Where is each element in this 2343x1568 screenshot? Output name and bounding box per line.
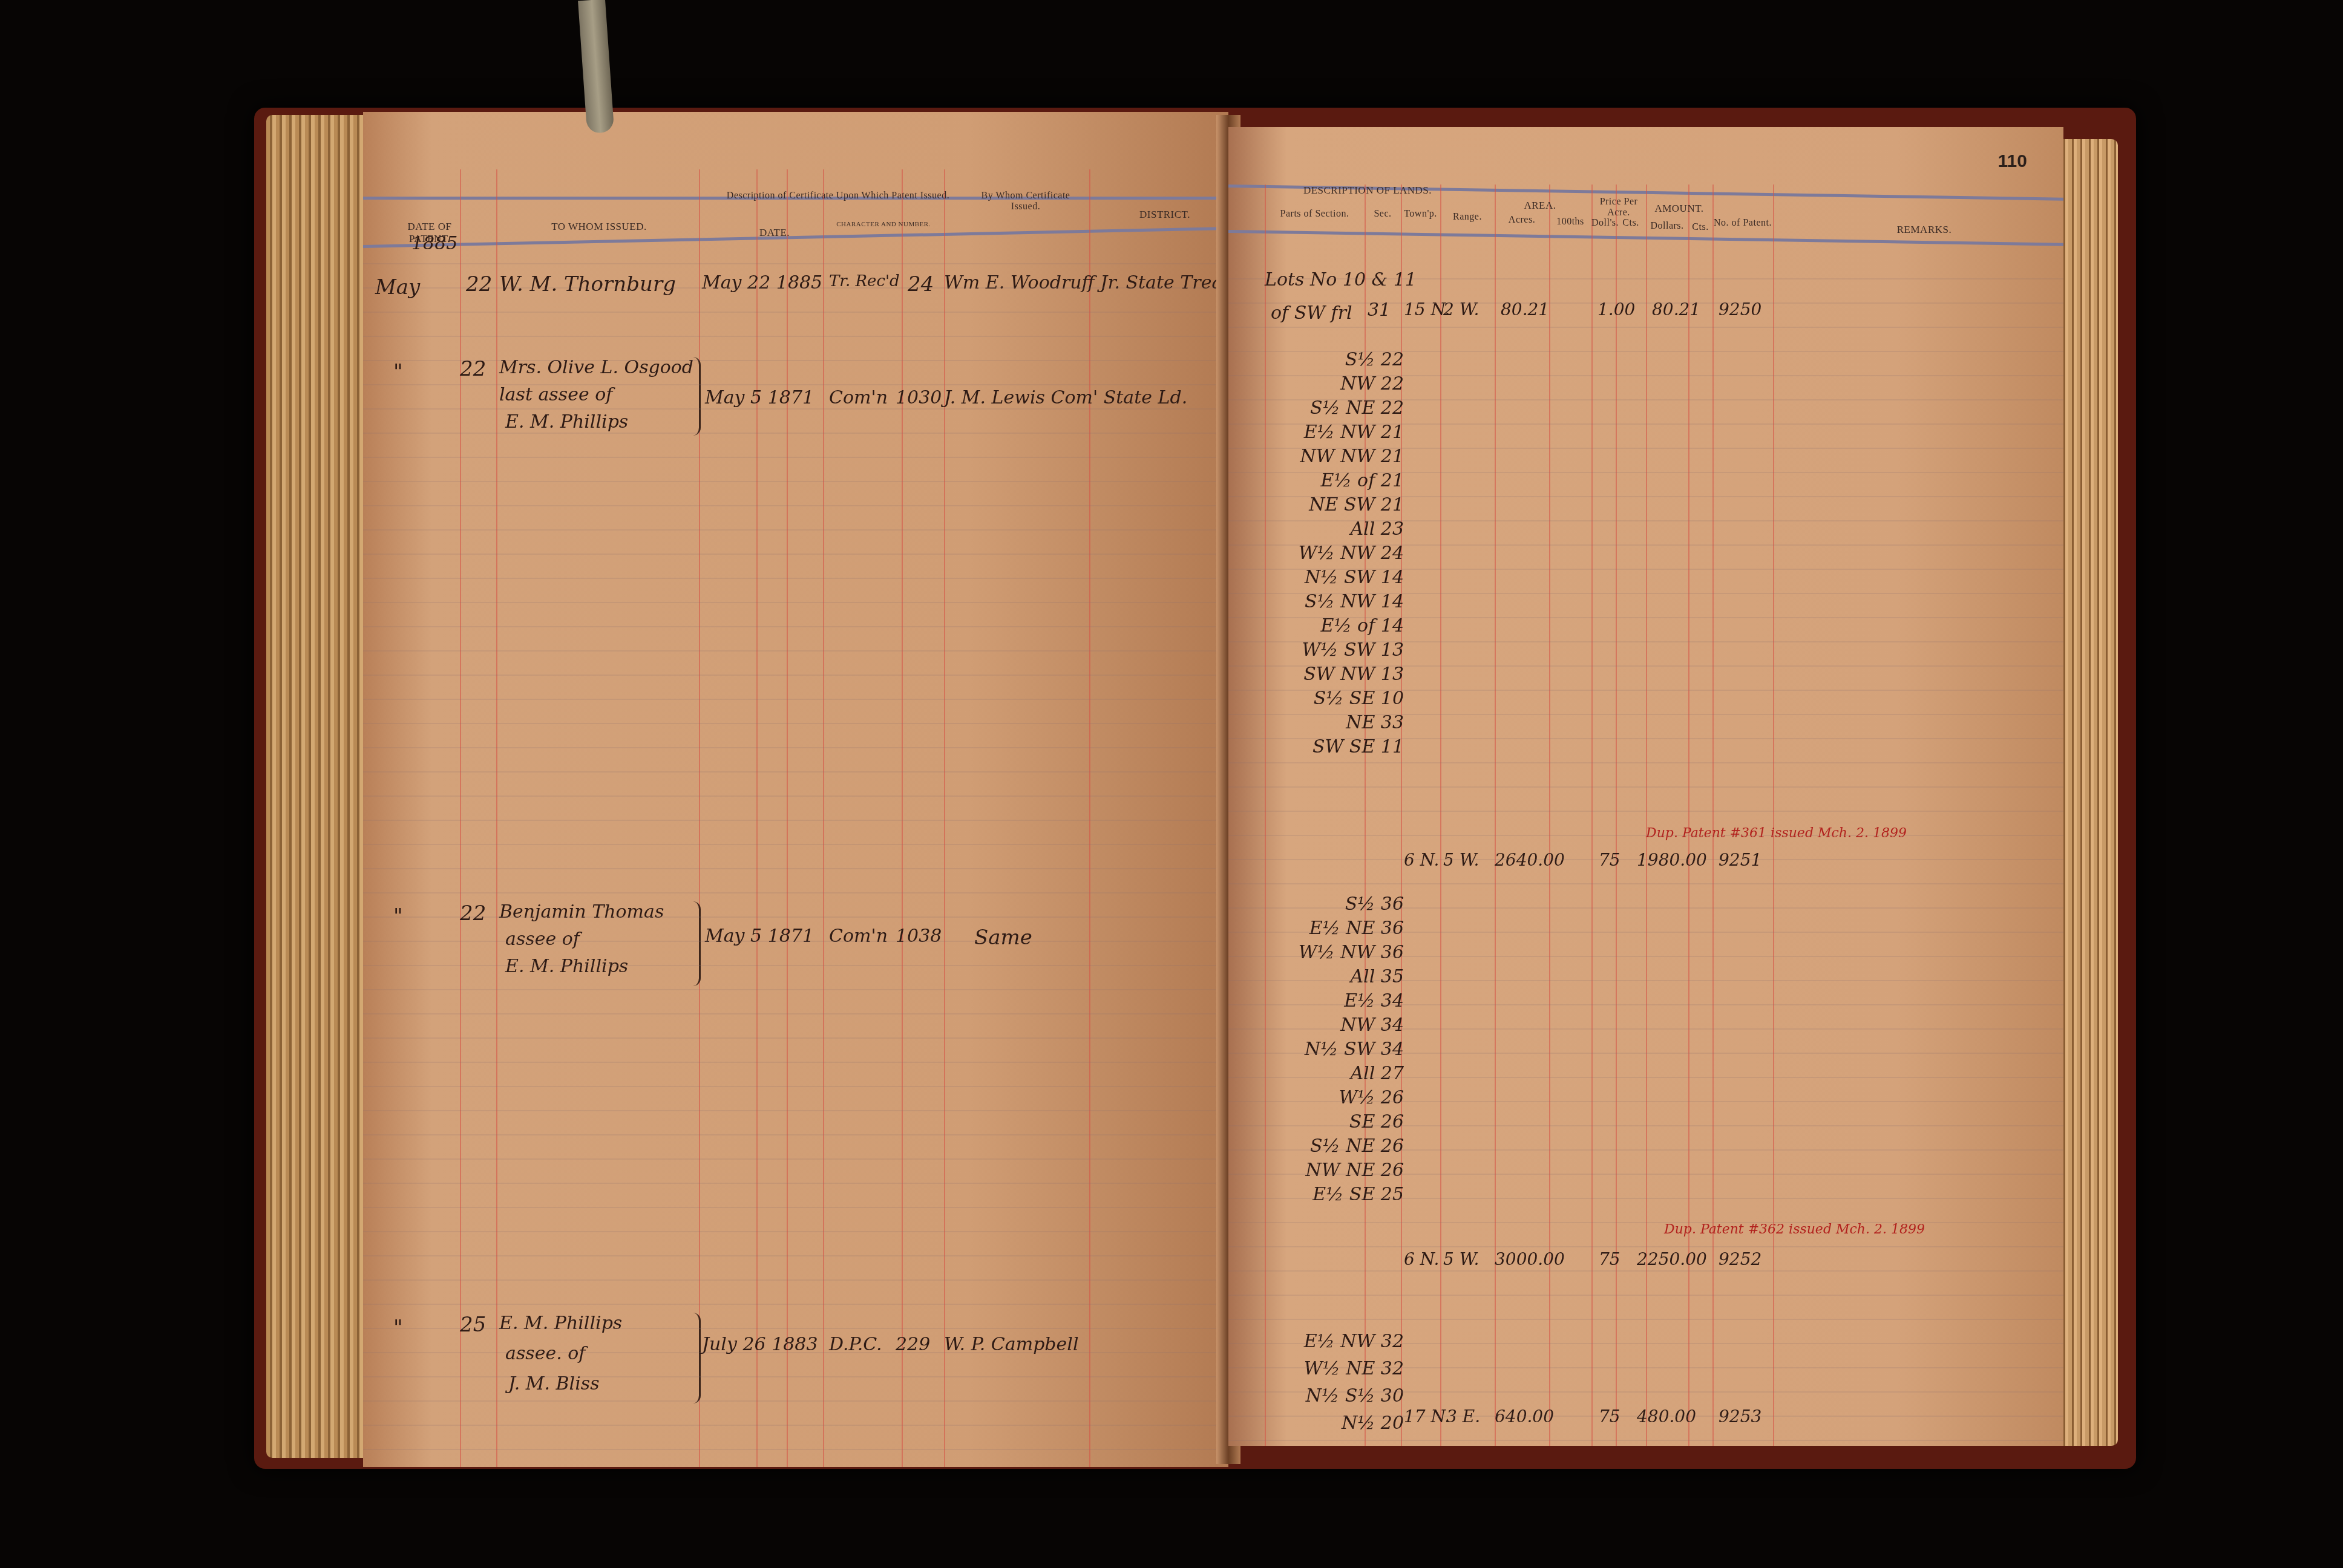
ruling-line xyxy=(363,263,1228,264)
header-certificate-description: Description of Certificate Upon Which Pa… xyxy=(726,191,950,201)
ruling-line xyxy=(1228,1004,2063,1005)
ruling-line xyxy=(363,795,1228,797)
ruling-line xyxy=(363,602,1228,603)
ruling-line xyxy=(363,287,1228,289)
land-part: W½ NW 36 xyxy=(1265,941,1404,965)
land-part: N½ 20 xyxy=(1265,1410,1404,1437)
ruling-line xyxy=(1228,1391,2063,1393)
ruling-line xyxy=(363,650,1228,652)
entry-cert-date: May 5 1871 xyxy=(705,926,814,947)
ruling-line xyxy=(1228,811,2063,812)
ruling-line xyxy=(1228,786,2063,788)
ruling-line xyxy=(1228,472,2063,473)
ruling-line xyxy=(363,505,1228,506)
land-part: NW 34 xyxy=(1265,1013,1404,1037)
ruling-line xyxy=(1228,302,2063,304)
ruling-line xyxy=(363,1449,1228,1450)
ruling-line xyxy=(1228,1053,2063,1054)
entry-cert-char: Com'n xyxy=(829,387,888,408)
ruling-line xyxy=(1228,1101,2063,1102)
ruling-line xyxy=(363,1304,1228,1305)
ruling-line xyxy=(1228,859,2063,860)
entry-cert-num: 1030 xyxy=(896,387,942,408)
ruling-line xyxy=(1228,1174,2063,1175)
ruling-line xyxy=(1228,1125,2063,1126)
ruling-line xyxy=(363,1110,1228,1111)
ruling-line xyxy=(363,360,1228,361)
header-cert-char-num: CHARACTER AND NUMBER. xyxy=(823,221,944,228)
entry-issued-to-line2: last assee of xyxy=(499,384,612,405)
ruling-line xyxy=(1228,351,2063,352)
land-township: 6 N. xyxy=(1404,1249,1439,1269)
header-no-of-patent: No. of Patent. xyxy=(1712,218,1773,229)
ruling-line xyxy=(363,1328,1228,1329)
ruling-line xyxy=(363,1376,1228,1377)
land-part: W½ 26 xyxy=(1265,1086,1404,1110)
ruling-line xyxy=(1228,375,2063,376)
ruling-line xyxy=(363,457,1228,458)
ruling-line xyxy=(363,1183,1228,1184)
ruling-line xyxy=(1228,593,2063,594)
header-price-per-acre: Price Per Acre. xyxy=(1591,197,1646,218)
ruling-line xyxy=(363,1134,1228,1135)
header-cts: Cts. xyxy=(1616,218,1646,229)
land-part: E½ 34 xyxy=(1265,989,1404,1013)
ruling-line xyxy=(1228,496,2063,497)
land-list: S½ 36 E½ NE 36 W½ NW 36 All 35 E½ 34 NW … xyxy=(1265,892,1404,1207)
ruling-line xyxy=(363,433,1228,434)
ruling-line xyxy=(1228,835,2063,836)
ruling-line xyxy=(1228,1198,2063,1199)
ruling-line xyxy=(363,1207,1228,1208)
ruling-line xyxy=(1228,1270,2063,1272)
entry-day: 22 xyxy=(466,272,492,296)
ruling-line xyxy=(363,844,1228,845)
ruling-line xyxy=(363,892,1228,893)
ruling-line xyxy=(363,1013,1228,1014)
ruling-line xyxy=(1228,1416,2063,1417)
ruling-line xyxy=(1228,1149,2063,1151)
ruling-line xyxy=(1228,1295,2063,1296)
header-cert-date: DATE. xyxy=(744,227,805,239)
land-range: 5 W. xyxy=(1443,1249,1480,1269)
right-page: 110 DESCRIPTION OF LANDS. Parts of Secti… xyxy=(1228,127,2063,1446)
ruling-line xyxy=(363,868,1228,869)
land-part: N½ SW 34 xyxy=(1265,1037,1404,1062)
entry-by-whom: Wm E. Woodruff Jr. State Treas' xyxy=(944,272,1228,293)
ruling-line xyxy=(363,408,1228,410)
ruling-line xyxy=(363,941,1228,942)
ruling-line xyxy=(1228,569,2063,570)
ruling-line xyxy=(1228,1028,2063,1030)
entry-issued-to-line3: E. M. Phillips xyxy=(505,956,628,977)
header-range: Range. xyxy=(1440,212,1495,223)
ruling-line xyxy=(1228,956,2063,957)
land-part: N½ S½ 30 xyxy=(1265,1382,1404,1410)
ruling-line xyxy=(363,723,1228,724)
ruling-line xyxy=(363,1158,1228,1160)
ruling-line xyxy=(1228,665,2063,667)
ruling-line xyxy=(363,626,1228,627)
land-list: E½ NW 32 W½ NE 32 N½ S½ 30 N½ 20 xyxy=(1265,1328,1404,1437)
ruling-line xyxy=(363,747,1228,748)
ruling-line xyxy=(363,336,1228,337)
page-number: 110 xyxy=(1998,151,2027,172)
entry-cert-num: 1038 xyxy=(896,926,942,947)
entry-day: 22 xyxy=(460,901,486,926)
entry-issued-to: Benjamin Thomas xyxy=(499,901,664,923)
entry-issued-to-line2: assee of xyxy=(505,929,580,950)
ruling-line xyxy=(1228,1440,2063,1441)
ruling-line xyxy=(1228,738,2063,739)
ruling-line xyxy=(1228,617,2063,618)
entry-by-whom: J. M. Lewis Com' State Ld. xyxy=(944,387,1187,408)
header-district: DISTRICT. xyxy=(1119,209,1210,221)
ruling-line xyxy=(363,529,1228,531)
land-amount: 2250.00 xyxy=(1637,1249,1707,1269)
left-page: DATE OF PATENT. 1885 TO WHOM ISSUED. Des… xyxy=(363,112,1228,1467)
land-part: All 27 xyxy=(1265,1062,1404,1086)
land-acres: 3000.00 xyxy=(1495,1249,1565,1269)
ruling-line xyxy=(363,916,1228,918)
land-part: W½ NE 32 xyxy=(1265,1355,1404,1382)
header-sec: Sec. xyxy=(1365,209,1401,220)
entry-cert-date: May 5 1871 xyxy=(705,387,814,408)
land-part: All 35 xyxy=(1265,965,1404,989)
land-part: S½ NE 26 xyxy=(1265,1134,1404,1158)
header-by-whom: By Whom Certificate Issued. xyxy=(968,191,1083,212)
ruling-line xyxy=(1228,544,2063,546)
ruling-line xyxy=(363,965,1228,966)
ruling-line xyxy=(363,312,1228,313)
brace xyxy=(693,1313,701,1403)
land-list: S½ 22 NW 22 S½ NE 22 E½ NW 21 NW NW 21 E… xyxy=(1265,348,1404,759)
entry-issued-to: W. M. Thornburg xyxy=(499,272,676,296)
entry-issued-to-line3: E. M. Phillips xyxy=(505,411,628,433)
land-part: E½ SE 25 xyxy=(1265,1183,1404,1207)
header-amount-cts: Cts. xyxy=(1688,222,1712,233)
ruling-line xyxy=(363,578,1228,579)
header-dolls: Doll's. xyxy=(1591,218,1616,229)
ruling-line xyxy=(363,1425,1228,1426)
entry-by-whom: Same xyxy=(974,926,1032,950)
ruling-line xyxy=(1228,932,2063,933)
header-remarks: REMARKS. xyxy=(1833,224,2015,236)
ruling-line xyxy=(1228,399,2063,400)
ruling-line xyxy=(1228,907,2063,909)
entry-issued-to: E. M. Phillips xyxy=(499,1313,622,1334)
remark-duplicate-patent: Dup. Patent #362 issued Mch. 2. 1899 xyxy=(1664,1222,1925,1237)
ruling-line xyxy=(1228,1319,2063,1320)
year-label: 1885 xyxy=(411,233,457,254)
ruling-line xyxy=(363,481,1228,482)
ruling-line xyxy=(1228,980,2063,981)
remark-duplicate-patent: Dup. Patent #361 issued Mch. 2. 1899 xyxy=(1646,826,1907,841)
entry-cert-num: 24 xyxy=(908,272,934,296)
ruling-line xyxy=(363,1086,1228,1087)
land-part: of SW frl xyxy=(1271,302,1352,324)
land-part: NW NE 26 xyxy=(1265,1158,1404,1183)
ruling-line xyxy=(363,384,1228,385)
patent-number: 9252 xyxy=(1719,1249,1761,1269)
land-part: SE 26 xyxy=(1265,1110,1404,1134)
ruling-line xyxy=(363,820,1228,821)
entry-day: 25 xyxy=(460,1313,486,1337)
entry-cert-char: Com'n xyxy=(829,926,888,947)
ruling-line xyxy=(363,1231,1228,1232)
header-area: AREA. xyxy=(1495,200,1585,212)
ruling-line xyxy=(1228,520,2063,521)
entry-month: " xyxy=(393,360,403,384)
ruling-line xyxy=(1228,1367,2063,1368)
ruling-line xyxy=(1228,327,2063,328)
ruling-line xyxy=(1228,1222,2063,1223)
ruling-line xyxy=(1228,423,2063,425)
brace xyxy=(693,357,701,436)
ruling-line xyxy=(1228,1343,2063,1344)
ruling-line xyxy=(363,1400,1228,1402)
ruling-line xyxy=(363,1352,1228,1353)
ruling-line xyxy=(363,989,1228,990)
ruling-line xyxy=(1228,1246,2063,1247)
page-edges-left xyxy=(266,115,375,1458)
land-part: Lots No 10 & 11 xyxy=(1265,269,1417,290)
ruling-line xyxy=(363,554,1228,555)
ruling-line xyxy=(363,699,1228,700)
entry-issued-to-line2: assee. of xyxy=(505,1343,585,1364)
land-part: S½ 36 xyxy=(1265,892,1404,916)
land-part: E½ NW 32 xyxy=(1265,1328,1404,1355)
land-part: E½ NE 36 xyxy=(1265,916,1404,941)
ruling-line xyxy=(1228,714,2063,715)
land-price: 75 xyxy=(1599,1249,1620,1269)
ruling-line xyxy=(363,1279,1228,1281)
ruling-line xyxy=(1228,641,2063,642)
ruling-line xyxy=(1228,278,2063,279)
header-amount: AMOUNT. xyxy=(1646,203,1712,215)
header-hundredths: 100ths xyxy=(1549,217,1591,227)
header-dollars: Dollars. xyxy=(1646,221,1688,232)
ruling-line xyxy=(1228,1077,2063,1078)
entry-cert-date: May 22 1885 xyxy=(702,272,822,293)
brace xyxy=(693,901,701,986)
header-description-of-lands: DESCRIPTION OF LANDS. xyxy=(1277,185,1458,197)
header-acres: Acres. xyxy=(1495,215,1549,226)
ruling-line xyxy=(363,675,1228,676)
header-to-whom-issued: TO WHOM ISSUED. xyxy=(514,221,684,233)
ruling-line xyxy=(1228,883,2063,884)
ruling-line xyxy=(1228,762,2063,763)
header-township: Town'p. xyxy=(1401,209,1440,220)
ruling-line xyxy=(363,1037,1228,1039)
ruling-line xyxy=(363,771,1228,773)
ruling-line xyxy=(363,1062,1228,1063)
ruling-line xyxy=(1228,690,2063,691)
ruling-line xyxy=(1228,448,2063,449)
ruling-line xyxy=(363,1255,1228,1256)
header-parts-of-section: Parts of Section. xyxy=(1265,209,1365,220)
